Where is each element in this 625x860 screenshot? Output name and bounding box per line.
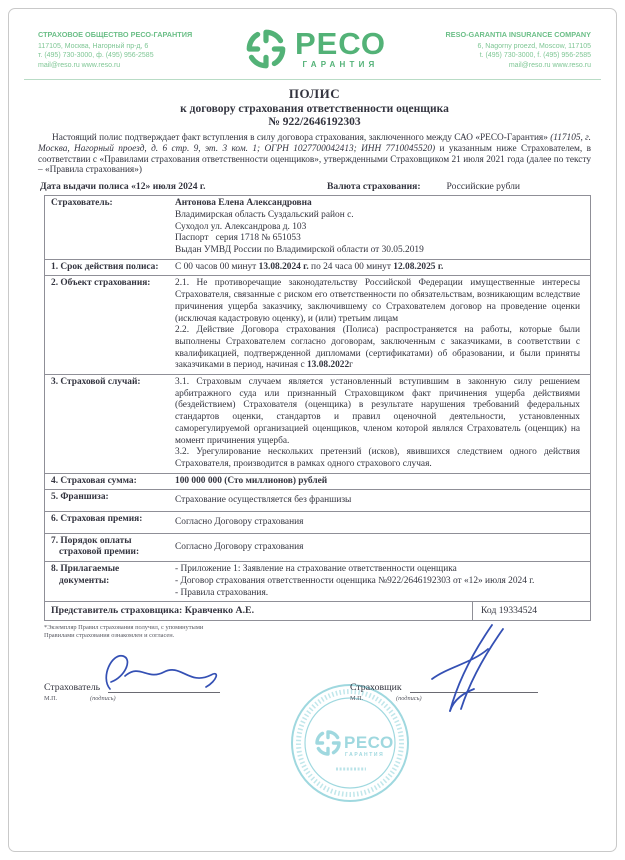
table-row: 7. Порядок оплатыстраховой премии:Соглас…: [45, 534, 590, 562]
policy-document: СТРАХОВОЕ ОБЩЕСТВО РЕСО-ГАРАНТИЯ 117105,…: [0, 0, 625, 860]
logo-text: РЕСО ГАРАНТИЯ: [295, 29, 386, 69]
policyholder-signature-line: [108, 679, 220, 693]
row-value: - Приложение 1: Заявление на страхование…: [173, 562, 590, 601]
row-value: 2.1. Не противоречащие законодательству …: [173, 276, 590, 374]
issue-date: Дата выдачи полиса «12» июля 2024 г.: [40, 181, 206, 192]
rules-footnote: *Экземпляр Правил страхования получил, с…: [44, 624, 591, 641]
header-divider: [24, 79, 601, 80]
policyholder-signature-ink: [80, 645, 230, 701]
row-label: 1. Срок действия полиса:: [45, 260, 173, 276]
logo-name: РЕСО: [295, 29, 386, 59]
row-value: С 00 часов 00 минут 13.08.2024 г. по 24 …: [173, 260, 590, 276]
row-label: 2. Объект страхования:: [45, 276, 173, 374]
signature-area: РЕСО ГАРАНТИЯ Страхователь М.П. (подпись…: [38, 679, 591, 859]
currency-label: Валюта страхования:: [327, 181, 421, 192]
row-value: 3.1. Страховым случаем является установл…: [173, 375, 590, 473]
representative-label: Представитель страховщика: Кравченко А.Е…: [45, 602, 472, 620]
currency-value: Российские рубли: [447, 181, 521, 192]
company-name-en: RESO-GARANTIA INSURANCE COMPANY: [401, 30, 591, 40]
representative-row: Представитель страховщика: Кравченко А.Е…: [45, 602, 590, 620]
policyholder-sign-caption: (подпись): [90, 695, 116, 702]
table-row: 8. Прилагаемыедокументы:- Приложение 1: …: [45, 562, 590, 602]
insurer-label: Страховщик: [350, 682, 402, 693]
table-row: 2. Объект страхования:2.1. Не противореч…: [45, 276, 590, 375]
insurer-seal-label: М.П.: [350, 695, 396, 702]
row-value: Согласно Договору страхования: [173, 512, 590, 533]
row-value: Согласно Договору страхования: [173, 534, 590, 561]
insurance-currency: Валюта страхования: Российские рубли: [327, 181, 589, 192]
reso-logo: РЕСО ГАРАНТИЯ: [243, 26, 386, 72]
document-title: ПОЛИС к договору страхования ответственн…: [38, 86, 591, 128]
issue-row: Дата выдачи полиса «12» июля 2024 г. Вал…: [40, 181, 589, 192]
row-label: 8. Прилагаемыедокументы:: [45, 562, 173, 601]
policyholder-signature-block: Страхователь М.П. (подпись): [44, 679, 264, 702]
stamp-logo-text: РЕСО: [344, 733, 394, 752]
table-row: 4. Страховая сумма:100 000 000 (Сто милл…: [45, 474, 590, 491]
company-address-ru: СТРАХОВОЕ ОБЩЕСТВО РЕСО-ГАРАНТИЯ 117105,…: [38, 24, 228, 70]
company-address-en: RESO-GARANTIA INSURANCE COMPANY 6, Nagor…: [401, 24, 591, 70]
header: СТРАХОВОЕ ОБЩЕСТВО РЕСО-ГАРАНТИЯ 117105,…: [38, 24, 591, 72]
intro-paragraph: Настоящий полис подтверждает факт вступл…: [38, 133, 591, 176]
policy-code: Код 19334524: [472, 602, 590, 620]
title-number: № 922/2646192303: [38, 116, 591, 128]
policyholder-seal-label: М.П.: [44, 695, 90, 702]
reso-pinwheel-icon: [243, 26, 289, 72]
row-value: Антонова Елена АлександровнаВладимирская…: [173, 196, 590, 259]
address-lines-en: 6, Nagorny proezd, Moscow, 117105t. (495…: [401, 42, 591, 71]
company-name-ru: СТРАХОВОЕ ОБЩЕСТВО РЕСО-ГАРАНТИЯ: [38, 30, 228, 40]
insurer-signature-block: Страховщик М.П. (подпись): [350, 679, 590, 702]
row-label: 6. Страховая премия:: [45, 512, 173, 533]
insurer-signature-line: [410, 679, 538, 693]
table-row: 5. Франшиза:Страхование осуществляется б…: [45, 490, 590, 512]
title-subtitle: к договору страхования ответственности о…: [38, 103, 591, 115]
row-label: 3. Страховой случай:: [45, 375, 173, 473]
stamp-logo-subtext: ГАРАНТИЯ: [345, 752, 384, 758]
insurer-sign-caption: (подпись): [396, 695, 422, 702]
table-row: 3. Страховой случай:3.1. Страховым случа…: [45, 375, 590, 474]
row-value: 100 000 000 (Сто миллионов) рублей: [173, 474, 590, 490]
policy-table: Страхователь:Антонова Елена Александровн…: [44, 195, 591, 621]
stamp-pinwheel-icon: [317, 732, 339, 754]
address-lines-ru: 117105, Москва, Нагорный пр-д, 6т. (495)…: [38, 42, 228, 71]
row-value: Страхование осуществляется без франшизы: [173, 490, 590, 511]
row-label: Страхователь:: [45, 196, 173, 259]
row-label: 5. Франшиза:: [45, 490, 173, 511]
logo-subtitle: ГАРАНТИЯ: [295, 60, 386, 69]
table-row: 1. Срок действия полиса:С 00 часов 00 ми…: [45, 260, 590, 277]
policyholder-label: Страхователь: [44, 682, 100, 693]
title-policy: ПОЛИС: [38, 86, 591, 102]
row-label: 7. Порядок оплатыстраховой премии:: [45, 534, 173, 561]
table-row: 6. Страховая премия:Согласно Договору ст…: [45, 512, 590, 534]
table-row: Страхователь:Антонова Елена Александровн…: [45, 196, 590, 260]
row-label: 4. Страховая сумма:: [45, 474, 173, 490]
